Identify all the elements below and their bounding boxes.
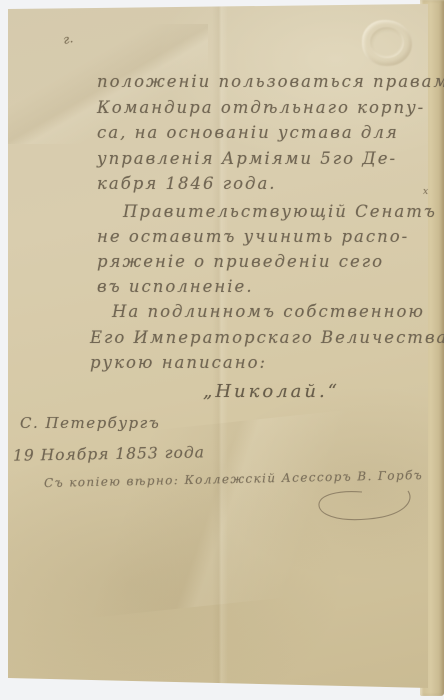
- manuscript-line: На подлинномъ собственною: [90, 299, 444, 325]
- manuscript-line: Его Императорскаго Величества: [90, 325, 444, 351]
- place-line: С. Петербургъ: [20, 414, 160, 432]
- manuscript-line: положеніи пользоваться правами: [97, 69, 444, 95]
- manuscript-paragraph-1: положеніи пользоваться правами Командира…: [97, 69, 444, 197]
- manuscript-line: рукою написано:: [90, 350, 444, 376]
- manuscript-line: управленія Арміями 5го Де-: [97, 146, 444, 172]
- manuscript-line: не оставитъ учинить распо-: [97, 224, 437, 249]
- scanned-document: г. х положеніи пользоваться правами Кома…: [0, 0, 444, 700]
- manuscript-line: въ исполненіе.: [97, 274, 437, 299]
- date-line: 19 Ноября 1853 года: [13, 443, 205, 464]
- manuscript-line: Правительствующій Сенатъ: [97, 199, 437, 224]
- imperial-signature: „Николай.“: [203, 381, 340, 402]
- manuscript-paragraph-3: На подлинномъ собственною Его Императорс…: [90, 299, 444, 376]
- manuscript-line: Командира отдѣльнаго корпу-: [97, 95, 444, 121]
- manuscript-paragraph-2: Правительствующій Сенатъ не оставитъ учи…: [97, 199, 437, 299]
- diagonal-crease: [0, 403, 436, 626]
- manuscript-line: са, на основаніи устава для: [97, 120, 444, 146]
- manuscript-line: ряженіе о приведеніи сего: [97, 249, 437, 274]
- embossed-seal: [362, 20, 412, 66]
- manuscript-line: кабря 1846 года.: [97, 171, 444, 197]
